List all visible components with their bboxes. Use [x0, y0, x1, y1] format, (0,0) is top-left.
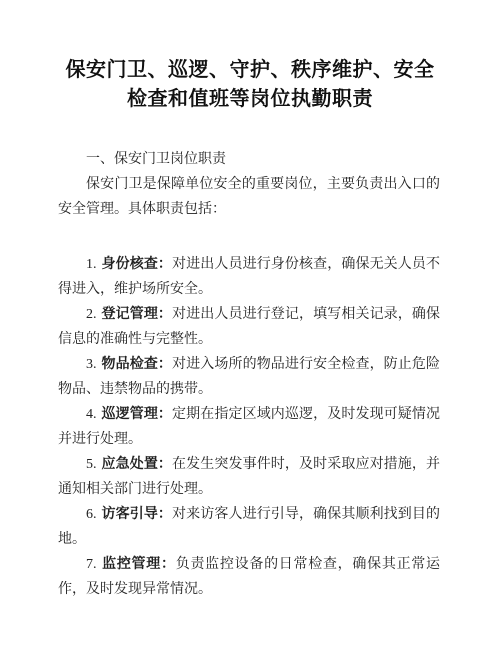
intro-paragraph: 保安门卫是保障单位安全的重要岗位，主要负责出入口的安全管理。具体职责包括：	[58, 172, 440, 222]
duty-list: 1.身份核查：对进出人员进行身份核查，确保无关人员不得进入，维护场所安全。 2.…	[58, 252, 440, 602]
duty-item-number: 5.	[86, 457, 97, 472]
duty-item-number: 2.	[86, 307, 97, 322]
duty-item-label: 访客引导：	[101, 507, 172, 522]
duty-item-6: 6.访客引导：对来访客人进行引导，确保其顺利找到目的地。	[58, 502, 440, 552]
duty-item-label: 监控管理：	[101, 557, 175, 572]
section-heading: 一、保安门卫岗位职责	[58, 147, 440, 172]
document-page: 保安门卫、巡逻、守护、秩序维护、安全 检查和值班等岗位执勤职责 一、保安门卫岗位…	[0, 0, 500, 647]
duty-item-number: 7.	[86, 557, 97, 572]
duty-item-label: 身份核查：	[101, 257, 172, 272]
duty-item-7: 7.监控管理：负责监控设备的日常检查，确保其正常运作，及时发现异常情况。	[58, 552, 440, 602]
document-title: 保安门卫、巡逻、守护、秩序维护、安全 检查和值班等岗位执勤职责	[0, 0, 500, 114]
duty-item-number: 1.	[86, 257, 97, 272]
duty-item-label: 物品检查：	[101, 357, 172, 372]
duty-item-5: 5.应急处置：在发生突发事件时，及时采取应对措施，并通知相关部门进行处理。	[58, 452, 440, 502]
duty-item-4: 4.巡逻管理：定期在指定区域内巡逻，及时发现可疑情况并进行处理。	[58, 402, 440, 452]
duty-item-number: 3.	[86, 357, 97, 372]
duty-item-label: 巡逻管理：	[101, 407, 172, 422]
duty-item-label: 应急处置：	[101, 457, 172, 472]
document-body: 一、保安门卫岗位职责 保安门卫是保障单位安全的重要岗位，主要负责出入口的安全管理…	[58, 147, 440, 602]
duty-item-label: 登记管理：	[101, 307, 172, 322]
duty-item-number: 4.	[86, 407, 97, 422]
document-title-line-2: 检查和值班等岗位执勤职责	[40, 85, 460, 114]
duty-item-1: 1.身份核查：对进出人员进行身份核查，确保无关人员不得进入，维护场所安全。	[58, 252, 440, 302]
duty-item-number: 6.	[86, 507, 97, 522]
duty-item-2: 2.登记管理：对进出人员进行登记，填写相关记录，确保信息的准确性与完整性。	[58, 302, 440, 352]
document-title-line-1: 保安门卫、巡逻、守护、秩序维护、安全	[40, 56, 460, 85]
duty-item-3: 3.物品检查：对进入场所的物品进行安全检查，防止危险物品、违禁物品的携带。	[58, 352, 440, 402]
